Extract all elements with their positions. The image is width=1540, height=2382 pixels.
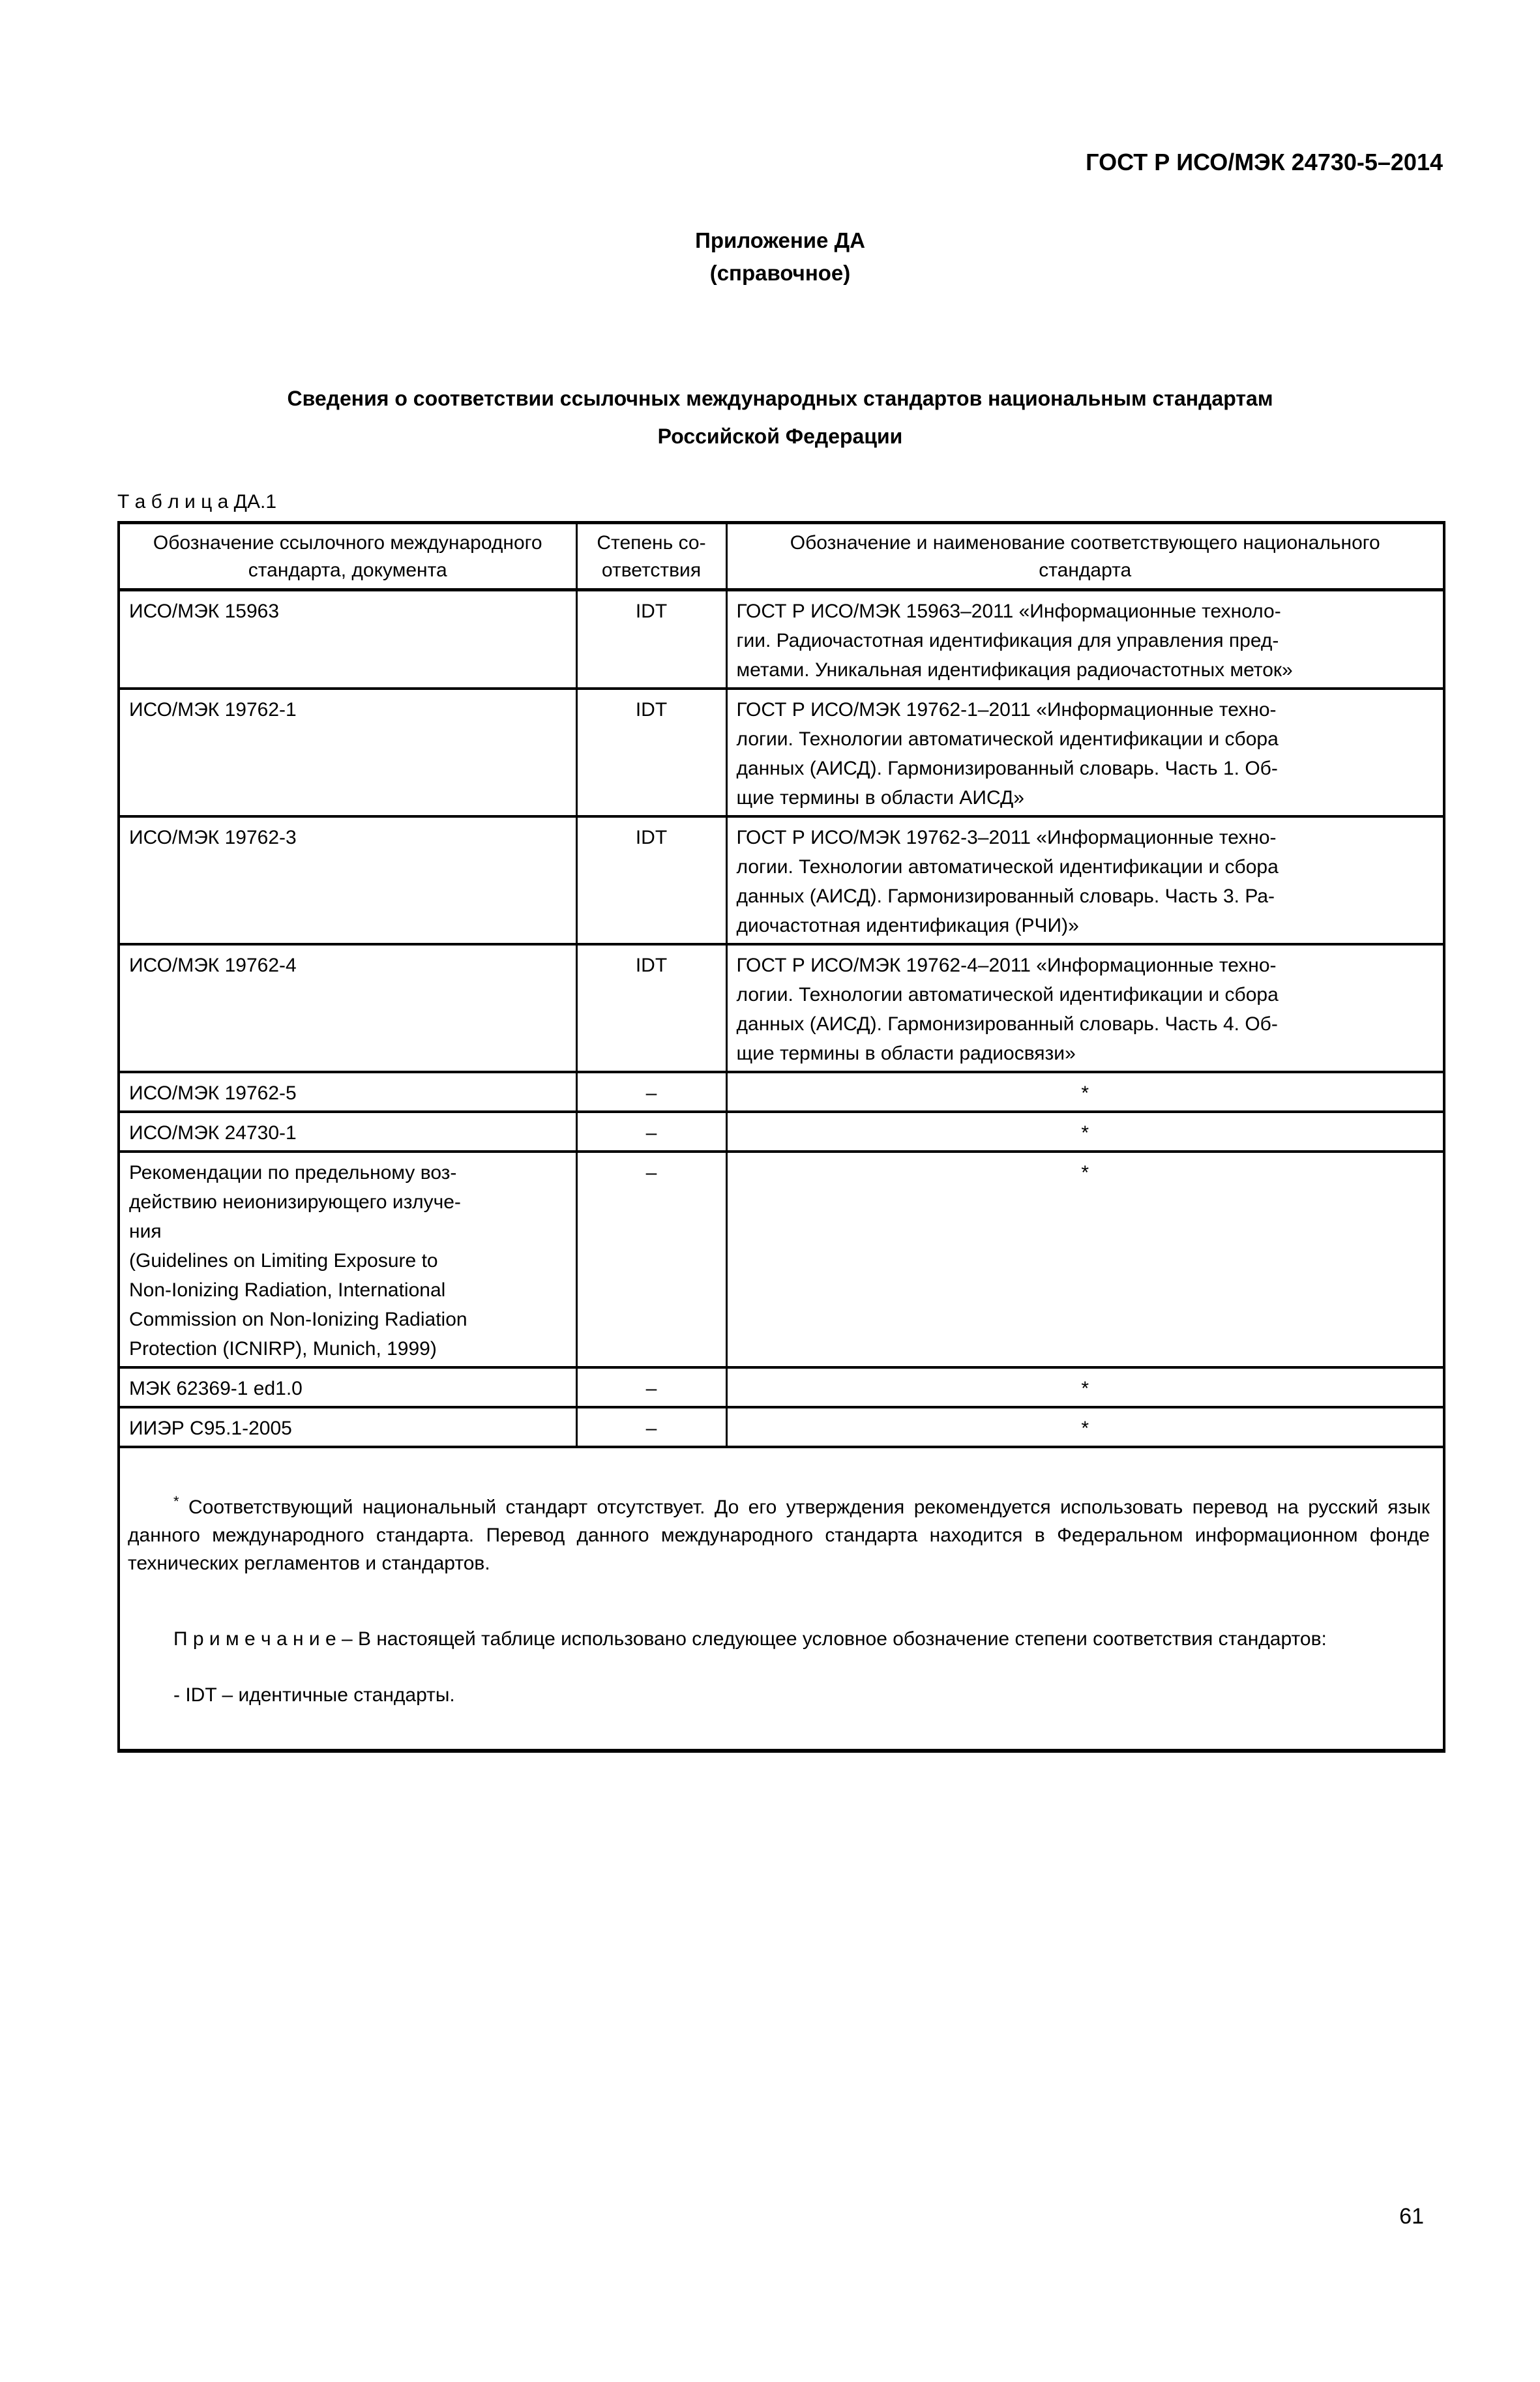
ref-cell: Рекомендации по предельному воз- действи… bbox=[119, 1152, 576, 1367]
table-row: ИСО/МЭК 19762-5 – * bbox=[119, 1072, 1444, 1112]
table-row: ИСО/МЭК 19762-3 IDT ГОСТ Р ИСО/МЭК 19762… bbox=[119, 816, 1444, 944]
ref-cell: ИСО/МЭК 19762-5 bbox=[119, 1072, 576, 1112]
national-cell: * bbox=[726, 1072, 1444, 1112]
ref-cell: ИИЭР C95.1-2005 bbox=[119, 1407, 576, 1447]
ref-cell: ИСО/МЭК 19762-3 bbox=[119, 816, 576, 944]
table-row: МЭК 62369-1 ed1.0 – * bbox=[119, 1367, 1444, 1407]
header-national-standard: Обозначение и наименование соответствующ… bbox=[726, 523, 1444, 590]
header-ref-standard: Обозначение ссылочного международного ст… bbox=[119, 523, 576, 590]
page-number: 61 bbox=[1399, 2204, 1424, 2229]
ref-cell: ИСО/МЭК 19762-4 bbox=[119, 944, 576, 1072]
degree-cell: IDT bbox=[576, 944, 726, 1072]
ref-cell: ИСО/МЭК 24730-1 bbox=[119, 1112, 576, 1152]
degree-cell: – bbox=[576, 1112, 726, 1152]
degree-cell: – bbox=[576, 1152, 726, 1367]
table-row: ИСО/МЭК 19762-4 IDT ГОСТ Р ИСО/МЭК 19762… bbox=[119, 944, 1444, 1072]
national-cell: ГОСТ Р ИСО/МЭК 15963–2011 «Информационны… bbox=[726, 590, 1444, 689]
national-cell: * bbox=[726, 1152, 1444, 1367]
table-caption: Т а б л и ц а ДА.1 bbox=[117, 491, 1443, 513]
national-cell: * bbox=[726, 1367, 1444, 1407]
table-row: Рекомендации по предельному воз- действи… bbox=[119, 1152, 1444, 1367]
degree-cell: IDT bbox=[576, 590, 726, 689]
table-row: ИСО/МЭК 15963 IDT ГОСТ Р ИСО/МЭК 15963–2… bbox=[119, 590, 1444, 689]
national-cell: ГОСТ Р ИСО/МЭК 19762-4–2011 «Информацион… bbox=[726, 944, 1444, 1072]
footnote-marker: * bbox=[173, 1493, 179, 1510]
national-cell: * bbox=[726, 1407, 1444, 1447]
page-content: ГОСТ Р ИСО/МЭК 24730-5–2014 Приложение Д… bbox=[117, 149, 1443, 1753]
correspondence-table: Обозначение ссылочного международного ст… bbox=[117, 521, 1445, 1753]
national-cell: ГОСТ Р ИСО/МЭК 19762-3–2011 «Информацион… bbox=[726, 816, 1444, 944]
ref-cell: ИСО/МЭК 15963 bbox=[119, 590, 576, 689]
table-header-row: Обозначение ссылочного международного ст… bbox=[119, 523, 1444, 590]
table-row: ИИЭР C95.1-2005 – * bbox=[119, 1407, 1444, 1447]
main-heading: Сведения о соответствии ссылочных междун… bbox=[117, 380, 1443, 455]
doc-code-header: ГОСТ Р ИСО/МЭК 24730-5–2014 bbox=[117, 149, 1443, 176]
note: П р и м е ч а н и е – В настоящей таблиц… bbox=[128, 1625, 1430, 1653]
appendix-subtitle: (справочное) bbox=[710, 261, 851, 285]
degree-cell: – bbox=[576, 1407, 726, 1447]
table-row: ИСО/МЭК 24730-1 – * bbox=[119, 1112, 1444, 1152]
degree-cell: – bbox=[576, 1072, 726, 1112]
header-degree: Степень со- ответствия bbox=[576, 523, 726, 590]
appendix-title: Приложение ДА bbox=[695, 228, 865, 252]
note-item: - IDT – идентичные стандарты. bbox=[128, 1681, 1430, 1709]
degree-cell: – bbox=[576, 1367, 726, 1407]
ref-cell: ИСО/МЭК 19762-1 bbox=[119, 689, 576, 816]
appendix-block: Приложение ДА (справочное) bbox=[117, 224, 1443, 289]
national-cell: * bbox=[726, 1112, 1444, 1152]
degree-cell: IDT bbox=[576, 816, 726, 944]
table-row: ИСО/МЭК 19762-1 IDT ГОСТ Р ИСО/МЭК 19762… bbox=[119, 689, 1444, 816]
table-footnote-row: * Соответствующий национальный стандарт … bbox=[119, 1447, 1444, 1751]
footnote: * Соответствующий национальный стандарт … bbox=[128, 1493, 1430, 1577]
national-cell: ГОСТ Р ИСО/МЭК 19762-1–2011 «Информацион… bbox=[726, 689, 1444, 816]
footnote-cell: * Соответствующий национальный стандарт … bbox=[119, 1447, 1444, 1751]
degree-cell: IDT bbox=[576, 689, 726, 816]
footnote-text: Соответствующий национальный стандарт от… bbox=[128, 1496, 1430, 1574]
ref-cell: МЭК 62369-1 ed1.0 bbox=[119, 1367, 576, 1407]
